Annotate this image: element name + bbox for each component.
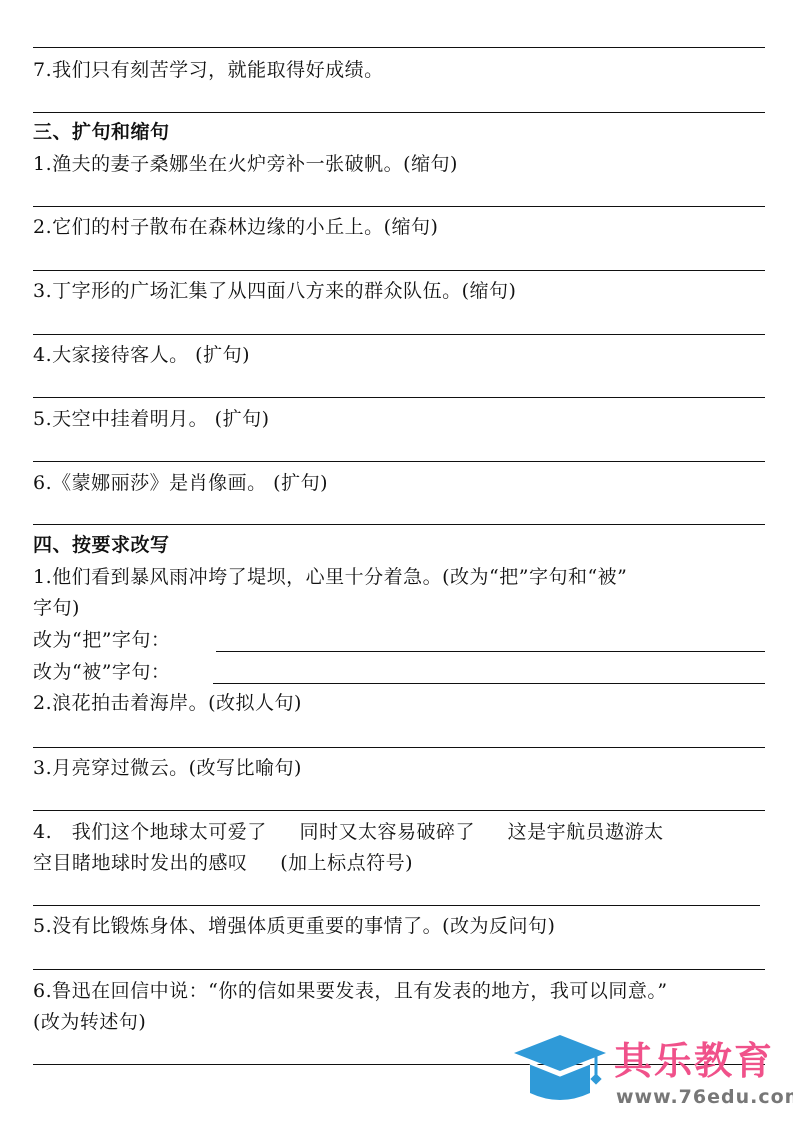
question-3-5: 5.天空中挂着明月。 (扩句) bbox=[33, 407, 270, 431]
answer-line[interactable] bbox=[33, 810, 765, 811]
answer-line[interactable] bbox=[33, 397, 765, 398]
section-4-title: 四、按要求改写 bbox=[33, 533, 170, 557]
bei-sentence-label: 改为“被”字句： bbox=[33, 660, 170, 684]
question-3-2: 2.它们的村子散布在森林边缘的小丘上。(缩句) bbox=[33, 215, 438, 239]
question-2-7: 7.我们只有刻苦学习，就能取得好成绩。 bbox=[33, 58, 384, 82]
ba-sentence-label: 改为“把”字句： bbox=[33, 628, 170, 652]
question-4-6-line2: (改为转述句) bbox=[33, 1010, 146, 1034]
answer-line bbox=[33, 47, 765, 48]
question-4-4-line2: 空目睹地球时发出的感叹 (加上标点符号) bbox=[33, 851, 413, 875]
answer-line[interactable] bbox=[33, 334, 765, 335]
question-3-3: 3.丁字形的广场汇集了从四面八方来的群众队伍。(缩句) bbox=[33, 279, 516, 303]
question-4-6-line1: 6.鲁迅在回信中说：“你的信如果要发表，且有发表的地方，我可以同意。” bbox=[33, 979, 668, 1003]
bei-sentence-answer-line[interactable] bbox=[213, 683, 765, 684]
graduation-cap-icon bbox=[510, 1035, 610, 1115]
answer-line[interactable] bbox=[33, 524, 765, 525]
answer-line[interactable] bbox=[33, 112, 765, 113]
question-4-2: 2.浪花拍击着海岸。(改拟人句) bbox=[33, 691, 302, 715]
answer-line[interactable] bbox=[33, 270, 765, 271]
section-3-title: 三、扩句和缩句 bbox=[33, 120, 170, 144]
question-4-3: 3.月亮穿过微云。(改写比喻句) bbox=[33, 756, 302, 780]
question-4-5: 5.没有比锻炼身体、增强体质更重要的事情了。(改为反问句) bbox=[33, 914, 555, 938]
question-4-4-line1: 4. 我们这个地球太可爱了 同时又太容易破碎了 这是宇航员遨游太 bbox=[33, 820, 664, 844]
answer-line[interactable] bbox=[33, 206, 765, 207]
brand-name: 其乐教育 bbox=[614, 1039, 774, 1083]
answer-line[interactable] bbox=[33, 969, 765, 970]
answer-line[interactable] bbox=[33, 747, 765, 748]
question-4-1-line1: 1.他们看到暴风雨冲垮了堤坝，心里十分着急。(改为“把”字句和“被” bbox=[33, 565, 627, 589]
question-3-1: 1.渔夫的妻子桑娜坐在火炉旁补一张破帆。(缩句) bbox=[33, 152, 458, 176]
ba-sentence-answer-line[interactable] bbox=[216, 651, 765, 652]
question-3-6: 6.《蒙娜丽莎》是肖像画。 (扩句) bbox=[33, 471, 328, 495]
watermark-logo: 其乐教育 www.76edu.com bbox=[510, 1035, 793, 1122]
question-3-4: 4.大家接待客人。 (扩句) bbox=[33, 343, 250, 367]
answer-line[interactable] bbox=[33, 905, 760, 906]
answer-line[interactable] bbox=[33, 461, 765, 462]
question-4-1-line2: 字句) bbox=[33, 596, 80, 620]
brand-url: www.76edu.com bbox=[616, 1086, 793, 1108]
